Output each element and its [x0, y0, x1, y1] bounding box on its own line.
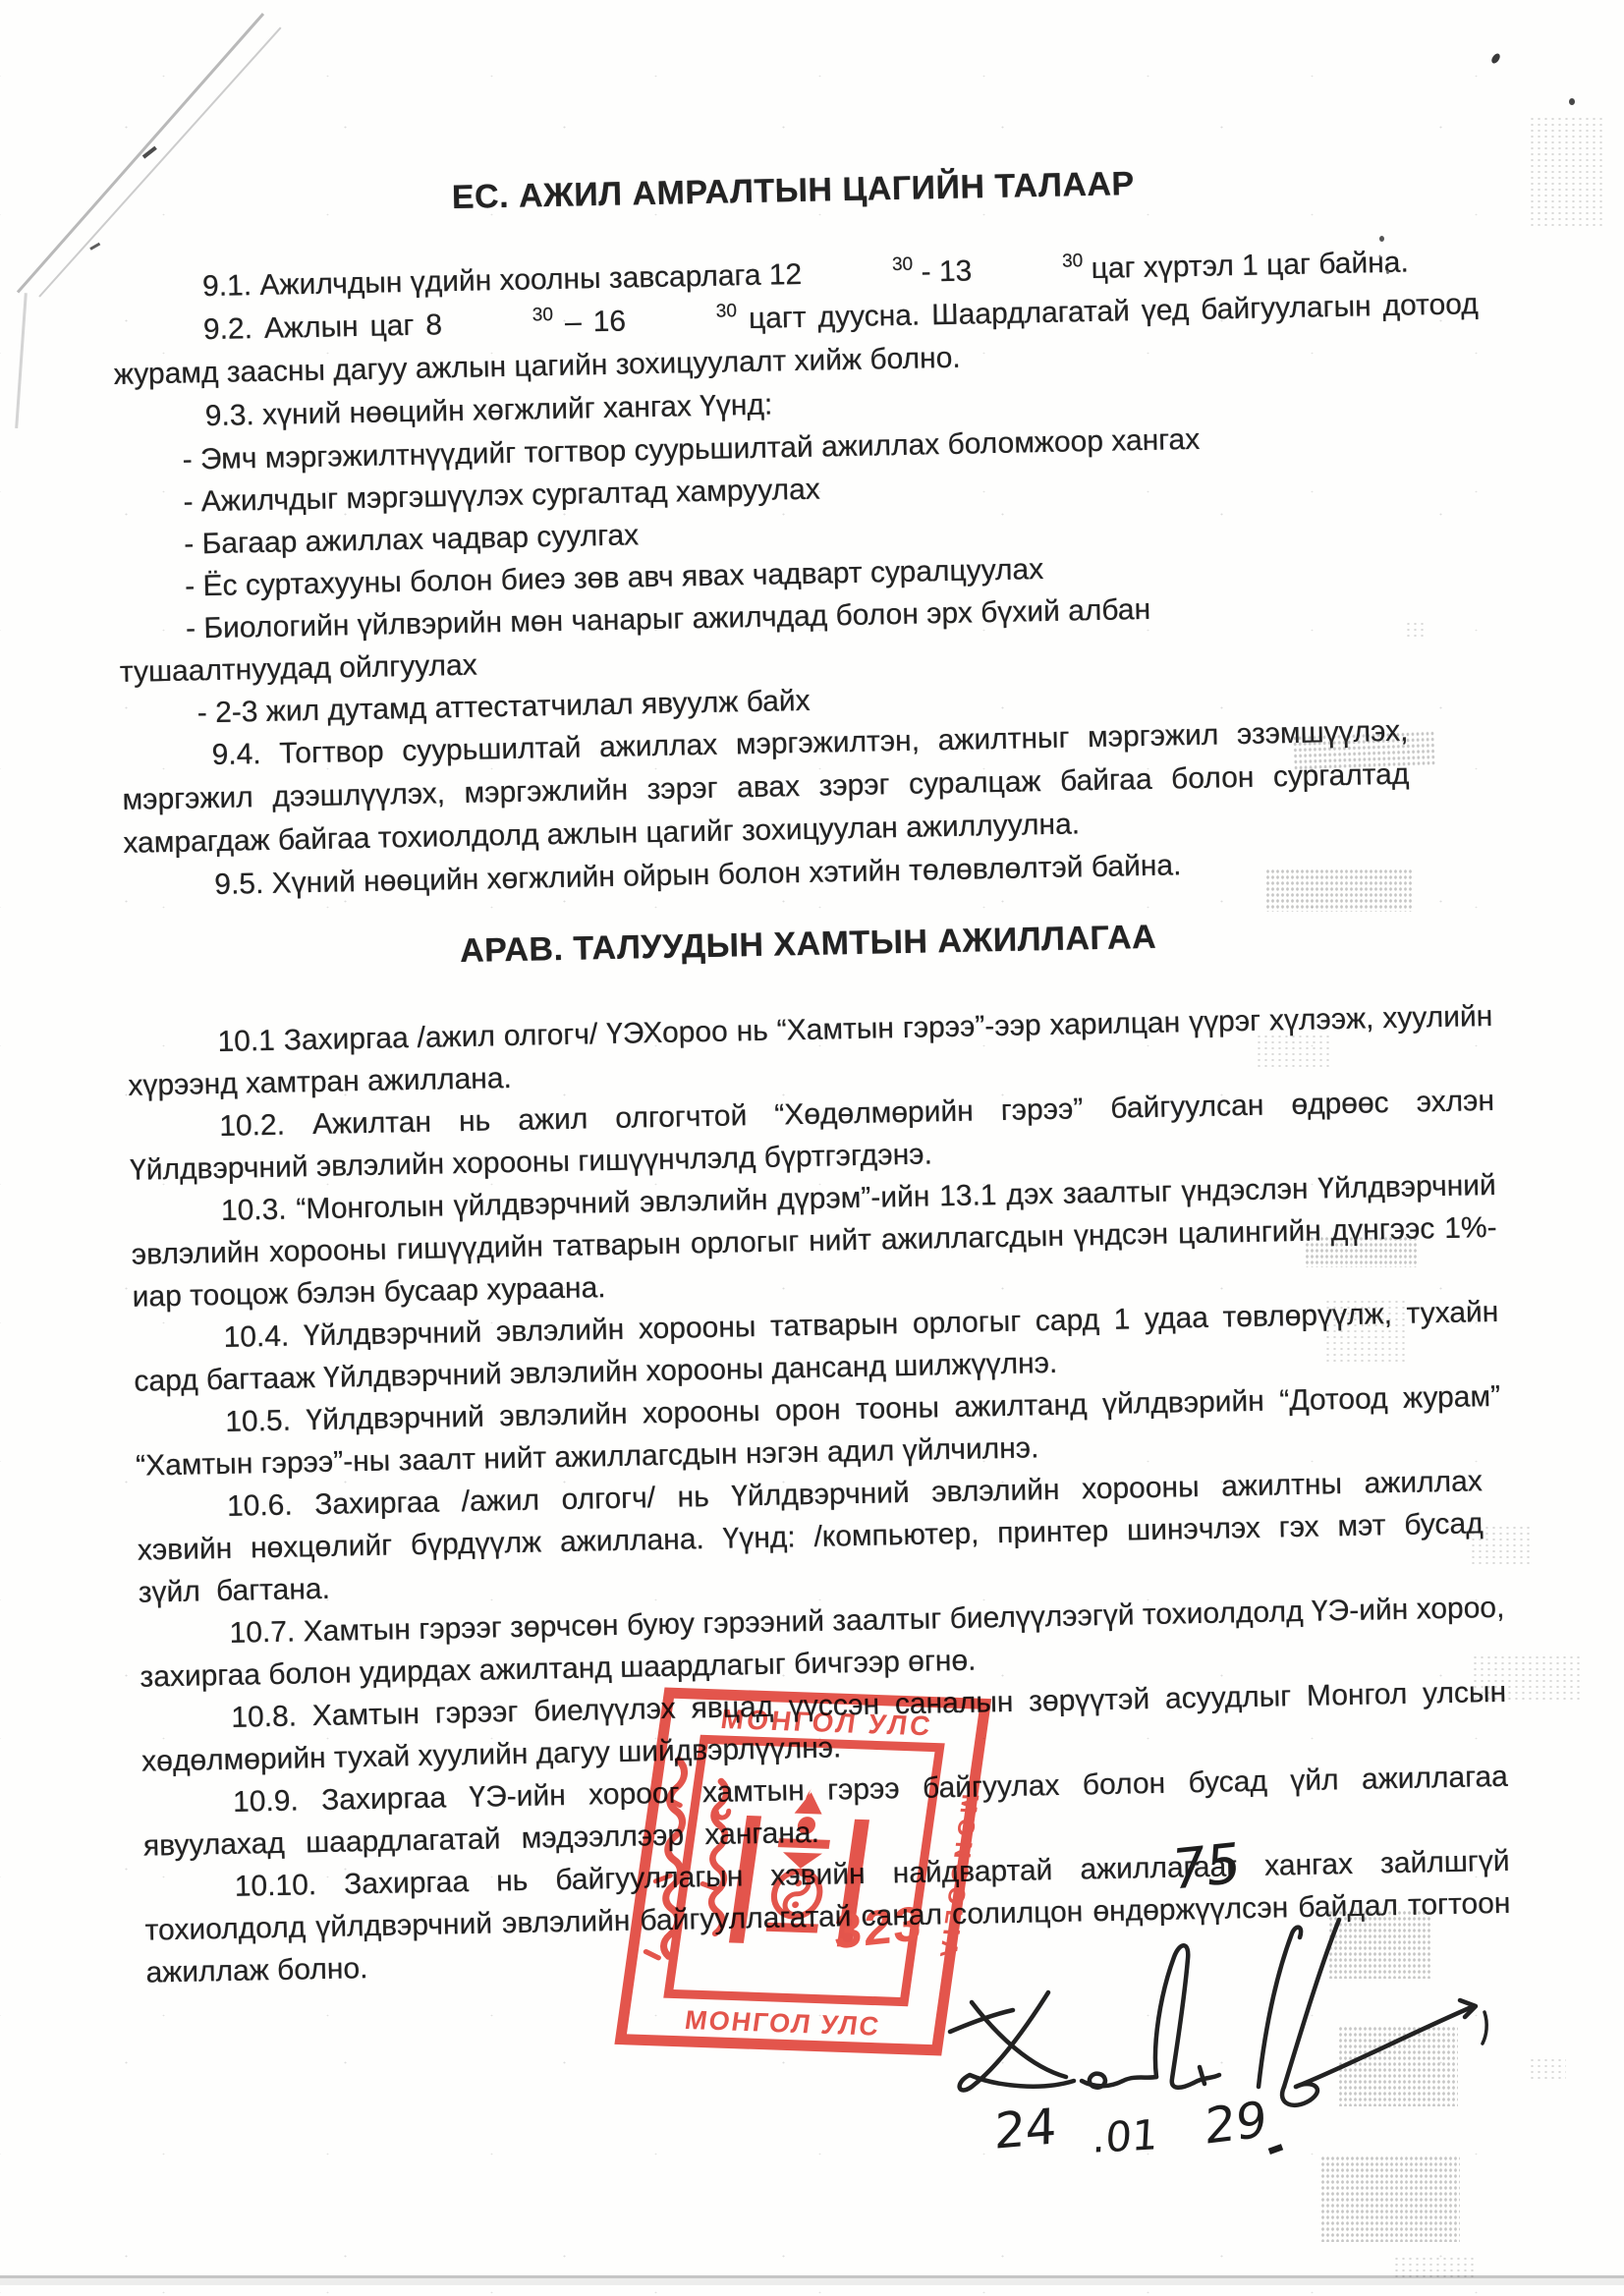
handwritten-date-month: .01 [1092, 2110, 1159, 2162]
section-ten-title: АРАВ. ТАЛУУДЫН ХАМТЫН АЖИЛЛАГАА [125, 911, 1491, 978]
bullet-list: - Эмч мэргэжилтнүүдийг тогтвор суурьшилт… [115, 413, 1486, 736]
document-page: ЕС. АЖИЛ АМРАЛТЫН ЦАГИЙН ТАЛААР 9.1. Ажи… [0, 0, 1624, 2296]
ink-dot [1379, 236, 1384, 242]
section-nine-title: ЕС. АЖИЛ АМРАЛТЫН ЦАГИЙН ТАЛААР [110, 157, 1477, 224]
ink-dot [1569, 98, 1575, 105]
superscript: 30 [802, 265, 913, 267]
crease-line [15, 293, 28, 428]
scan-noise [1529, 2057, 1566, 2083]
paragraph-9-4: 9.4. Тогтвор суурьшилтай ажиллах мэргэжи… [121, 710, 1410, 866]
ink-dot [1490, 52, 1501, 65]
superscript: 30 [972, 261, 1083, 263]
scanner-edge-shadow [0, 2278, 1624, 2285]
signature [899, 1886, 1508, 2181]
handwritten-date-day: 24 [994, 2098, 1057, 2160]
paragraph-text: цаг хүртэл 1 цаг байна. [1083, 246, 1409, 285]
paragraph-text: 9.1. Ажилчдын үдийн хоолны завсарлага 12 [202, 258, 803, 303]
scan-noise [1529, 116, 1603, 226]
paragraph-text: – 16 [553, 305, 627, 338]
superscript: 30 [626, 311, 737, 313]
superscript: 30 [442, 315, 553, 317]
stamp-bottom-text: МОНГОЛ УЛС [683, 2004, 882, 2042]
stamp-top-text: МОНГОЛ УЛС [719, 1704, 935, 1741]
ink-dash [89, 243, 100, 251]
handwritten-number: 75 [1169, 1831, 1243, 1903]
paragraph-text: - 13 [913, 254, 973, 288]
handwritten-date-year: 29 [1204, 2091, 1267, 2156]
paragraph-text: 9.2. Ажлын цаг 8 [203, 308, 443, 346]
